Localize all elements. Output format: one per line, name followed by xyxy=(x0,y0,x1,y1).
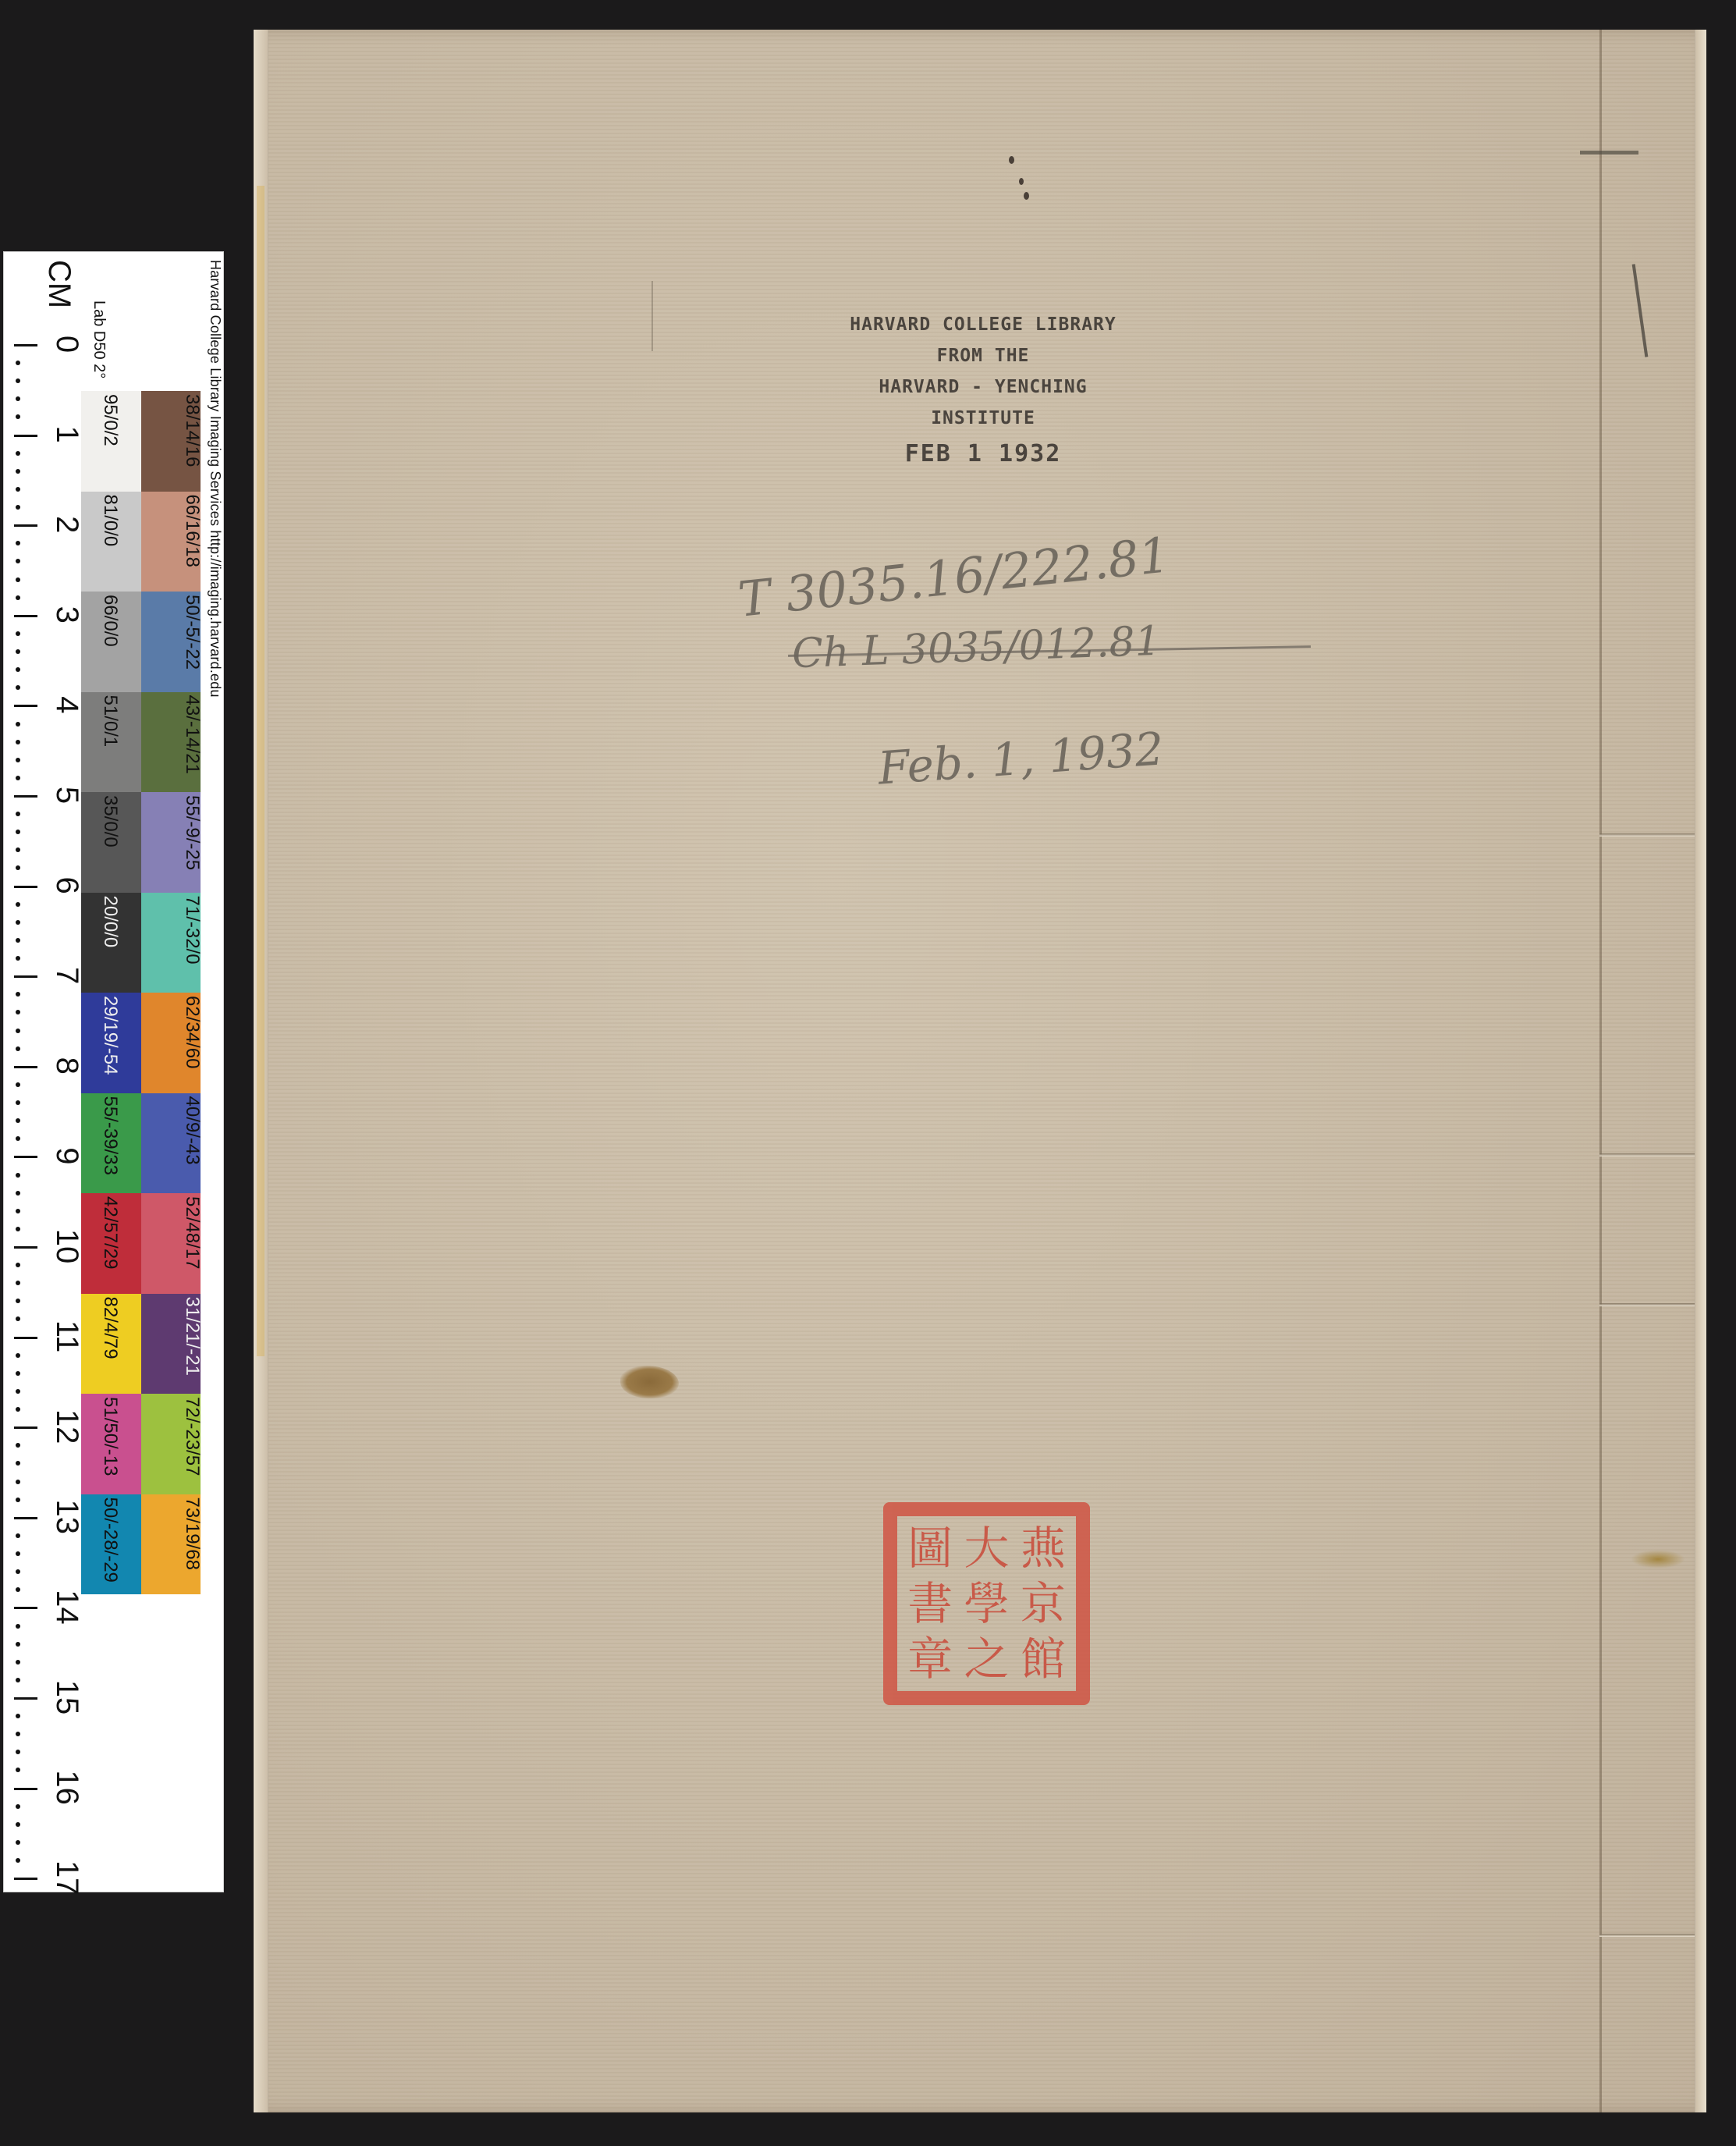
stamp-line: HARVARD - YENCHING xyxy=(780,371,1186,403)
ruler-minor-dot xyxy=(16,1660,20,1665)
pencil-call-number: T 3035.16/222.81 xyxy=(736,526,1173,628)
pencil-mark xyxy=(1632,264,1649,357)
color-patch: 35/0/0 xyxy=(81,792,141,893)
calibration-card-content: 01234567891011121314151617 CM Lab D50 2°… xyxy=(4,252,225,1893)
color-patch: 55/-9/-25 xyxy=(141,792,201,893)
cover-edge-discoloration xyxy=(257,186,264,1356)
patch-lab-value: 66/0/0 xyxy=(100,595,121,647)
ruler-minor-dot xyxy=(16,577,20,582)
color-calibration-card: 01234567891011121314151617 CM Lab D50 2°… xyxy=(3,251,224,1892)
ruler-minor-dot xyxy=(16,396,20,401)
ruler-major-tick xyxy=(14,705,37,707)
ruler-number: 15 xyxy=(49,1674,84,1721)
cover-right-edge xyxy=(1695,30,1706,2112)
patch-lab-value: 55/-9/-25 xyxy=(182,795,203,870)
ruler-minor-dot xyxy=(16,847,20,852)
ruler-minor-dot xyxy=(16,414,20,419)
seal-character: 大 xyxy=(958,1521,1014,1576)
stamp-line: HARVARD COLLEGE LIBRARY xyxy=(780,309,1186,340)
ruler-major-tick xyxy=(14,795,37,798)
ruler-minor-dot xyxy=(16,865,20,870)
patch-lab-value: 43/-14/21 xyxy=(182,695,203,774)
ruler-major-tick xyxy=(14,1337,37,1339)
ruler-minor-dot xyxy=(16,1678,20,1682)
ruler-major-tick xyxy=(14,1607,37,1609)
pencil-mark xyxy=(651,281,653,351)
ruler-minor-dot xyxy=(16,1299,20,1303)
color-patch: 95/0/2 xyxy=(81,391,141,492)
ruler-minor-dot xyxy=(16,505,20,510)
ruler-minor-dot xyxy=(16,776,20,780)
ruler-number: 12 xyxy=(49,1403,84,1450)
color-patch: 51/0/1 xyxy=(81,692,141,793)
patch-lab-value: 71/-32/0 xyxy=(182,896,203,965)
lab-color-space-label: Lab D50 2° xyxy=(90,300,108,378)
color-patch: 66/16/18 xyxy=(141,492,201,592)
ruler-major-tick xyxy=(14,1788,37,1790)
ruler-major-tick xyxy=(14,1878,37,1880)
library-accession-stamp: HARVARD COLLEGE LIBRARY FROM THE HARVARD… xyxy=(780,309,1186,474)
color-patch: 55/-39/33 xyxy=(81,1093,141,1194)
ruler-minor-dot xyxy=(16,740,20,744)
ruler-minor-dot xyxy=(16,1750,20,1754)
ruler-minor-dot xyxy=(16,631,20,636)
color-patch: 81/0/0 xyxy=(81,492,141,592)
ruler-minor-dot xyxy=(16,1010,20,1014)
ruler-minor-dot xyxy=(16,1443,20,1448)
ruler-major-tick xyxy=(14,1156,37,1158)
ruler-minor-dot xyxy=(16,1551,20,1556)
ruler-minor-dot xyxy=(16,1263,20,1267)
ruler-number: 7 xyxy=(49,952,84,999)
ruler-major-tick xyxy=(14,1697,37,1700)
pencil-date: Feb. 1, 1932 xyxy=(876,722,1166,794)
ruler-major-tick xyxy=(14,524,37,527)
color-patch: 82/4/79 xyxy=(81,1294,141,1395)
ruler-minor-dot xyxy=(16,378,20,383)
binding-thread-stitch xyxy=(1599,1934,1706,1937)
ruler-major-tick xyxy=(14,435,37,437)
seal-character: 館 xyxy=(1015,1631,1071,1686)
color-patch: 73/19/68 xyxy=(141,1494,201,1595)
ruler-minor-dot xyxy=(16,1227,20,1231)
ink-speck xyxy=(1024,192,1029,200)
patch-lab-value: 50/-28/-29 xyxy=(100,1498,121,1583)
ruler-minor-dot xyxy=(16,1353,20,1358)
ruler-minor-dot xyxy=(16,685,20,690)
patch-lab-value: 51/0/1 xyxy=(100,695,121,748)
ruler-minor-dot xyxy=(16,1822,20,1827)
color-patch: 52/48/17 xyxy=(141,1193,201,1294)
yenching-library-seal: 燕 大 圖 京 學 書 館 之 章 xyxy=(883,1502,1090,1705)
ruler-number: 9 xyxy=(49,1132,84,1179)
color-patch: 62/34/60 xyxy=(141,993,201,1093)
ruler-number: 14 xyxy=(49,1583,84,1630)
ruler-minor-dot xyxy=(16,1533,20,1538)
stamp-line: INSTITUTE xyxy=(780,403,1186,434)
ruler-number: 2 xyxy=(49,501,84,548)
patch-lab-value: 20/0/0 xyxy=(100,896,121,948)
ruler-minor-dot xyxy=(16,1858,20,1863)
ruler-minor-dot xyxy=(16,1389,20,1394)
ruler-major-tick xyxy=(14,344,37,346)
ruler-minor-dot xyxy=(16,1191,20,1196)
patch-lab-value: 52/48/17 xyxy=(182,1196,203,1269)
patch-lab-value: 82/4/79 xyxy=(100,1297,121,1359)
ruler-number: 8 xyxy=(49,1043,84,1089)
ruler-minor-dot xyxy=(16,1173,20,1178)
ruler-minor-dot xyxy=(16,1569,20,1574)
ink-speck xyxy=(1009,156,1014,164)
ruler-major-tick xyxy=(14,1427,37,1429)
binding-thread-vertical xyxy=(1599,30,1602,2112)
seal-character: 學 xyxy=(958,1576,1014,1632)
ruler-minor-dot xyxy=(16,469,20,474)
ruler-minor-dot xyxy=(16,649,20,654)
ruler-number: 17 xyxy=(49,1854,84,1901)
patch-lab-value: 62/34/60 xyxy=(182,996,203,1068)
seal-character: 京 xyxy=(1015,1576,1071,1632)
ruler-minor-dot xyxy=(16,1587,20,1592)
color-patch: 29/19/-54 xyxy=(81,993,141,1093)
seal-character: 書 xyxy=(902,1576,958,1632)
ruler-number: 11 xyxy=(49,1313,84,1360)
stamp-line: FROM THE xyxy=(780,340,1186,371)
ruler-minor-dot xyxy=(16,1642,20,1647)
patch-lab-value: 35/0/0 xyxy=(100,795,121,847)
color-patch: 40/9/-43 xyxy=(141,1093,201,1194)
patch-lab-value: 31/21/-21 xyxy=(182,1297,203,1376)
seal-character: 之 xyxy=(958,1631,1014,1686)
ruler-minor-dot xyxy=(16,956,20,961)
ruler-number: 5 xyxy=(49,772,84,819)
ruler-minor-dot xyxy=(16,992,20,997)
ruler-number: 10 xyxy=(49,1223,84,1270)
ruler-minor-dot xyxy=(16,451,20,456)
patch-lab-value: 81/0/0 xyxy=(100,495,121,547)
yellow-stain xyxy=(1631,1550,1685,1569)
seal-character: 燕 xyxy=(1015,1521,1071,1576)
ruler-minor-dot xyxy=(16,361,20,365)
color-patch: 38/14/16 xyxy=(141,391,201,492)
ruler-minor-dot xyxy=(16,487,20,492)
ruler-minor-dot xyxy=(16,667,20,672)
seal-character: 圖 xyxy=(902,1521,958,1576)
patch-lab-value: 51/50/-13 xyxy=(100,1397,121,1476)
color-patch: 43/-14/21 xyxy=(141,692,201,793)
patch-lab-value: 50/-5/-22 xyxy=(182,595,203,670)
binding-thread-stitch xyxy=(1599,1303,1706,1306)
book-cover: HARVARD COLLEGE LIBRARY FROM THE HARVARD… xyxy=(254,30,1706,2112)
binding-thread-stitch xyxy=(1599,1153,1706,1156)
color-patch: 31/21/-21 xyxy=(141,1294,201,1395)
patch-lab-value: 38/14/16 xyxy=(182,394,203,467)
ruler-major-tick xyxy=(14,1066,37,1068)
ruler-minor-dot xyxy=(16,1118,20,1123)
ruler-minor-dot xyxy=(16,758,20,762)
ruler-minor-dot xyxy=(16,1371,20,1376)
ruler-minor-dot xyxy=(16,1732,20,1736)
patch-lab-value: 40/9/-43 xyxy=(182,1096,203,1165)
ruler-minor-dot xyxy=(16,812,20,816)
ink-speck xyxy=(1019,178,1024,185)
ruler-major-tick xyxy=(14,1517,37,1519)
ruler-minor-dot xyxy=(16,1407,20,1412)
patch-lab-value: 29/19/-54 xyxy=(100,996,121,1075)
binding-thread-stitch xyxy=(1599,833,1706,837)
pencil-old-call-number: Ch L 3035/012.81 xyxy=(791,618,1161,677)
ruler-minor-dot xyxy=(16,1316,20,1321)
color-patch: 20/0/0 xyxy=(81,893,141,993)
ruler-minor-dot xyxy=(16,1046,20,1051)
color-patch: 66/0/0 xyxy=(81,592,141,692)
ruler-minor-dot xyxy=(16,830,20,834)
ruler-major-tick xyxy=(14,886,37,888)
patch-lab-value: 73/19/68 xyxy=(182,1498,203,1570)
ruler-major-tick xyxy=(14,1246,37,1249)
color-patch: 71/-32/0 xyxy=(141,893,201,993)
patch-lab-value: 66/16/18 xyxy=(182,495,203,567)
ruler-minor-dot xyxy=(16,1804,20,1809)
stamp-date: FEB 1 1932 xyxy=(780,434,1186,474)
color-patch: 51/50/-13 xyxy=(81,1394,141,1494)
ruler-major-tick xyxy=(14,975,37,978)
ruler-number: 0 xyxy=(49,321,84,368)
ruler-minor-dot xyxy=(16,1498,20,1502)
ruler-minor-dot xyxy=(16,1281,20,1285)
ruler-number: 6 xyxy=(49,862,84,909)
color-patch: 50/-5/-22 xyxy=(141,592,201,692)
patch-lab-value: 42/57/29 xyxy=(100,1196,121,1269)
ruler-number: 13 xyxy=(49,1494,84,1540)
ruler-minor-dot xyxy=(16,1768,20,1772)
ruler-minor-dot xyxy=(16,938,20,943)
ruler-number: 4 xyxy=(49,681,84,728)
ruler-minor-dot xyxy=(16,1624,20,1629)
ruler-minor-dot xyxy=(16,1714,20,1718)
ruler-minor-dot xyxy=(16,1209,20,1213)
ruler-number: 1 xyxy=(49,411,84,458)
ruler-major-tick xyxy=(14,615,37,617)
patch-lab-value: 95/0/2 xyxy=(100,394,121,446)
seal-character: 章 xyxy=(902,1631,958,1686)
ruler-minor-dot xyxy=(16,1029,20,1033)
ruler-number: 16 xyxy=(49,1764,84,1811)
ruler-minor-dot xyxy=(16,541,20,545)
ruler-number: 3 xyxy=(49,592,84,638)
color-patch: 72/-23/57 xyxy=(141,1394,201,1494)
ruler-minor-dot xyxy=(16,902,20,907)
patch-lab-value: 55/-39/33 xyxy=(100,1096,121,1175)
ruler-minor-dot xyxy=(16,595,20,600)
ruler-unit-label: CM xyxy=(41,260,76,308)
ruler-minor-dot xyxy=(16,1480,20,1484)
ruler-minor-dot xyxy=(16,1461,20,1466)
ruler-minor-dot xyxy=(16,1082,20,1087)
patch-lab-value: 72/-23/57 xyxy=(182,1397,203,1476)
pencil-mark xyxy=(1580,151,1638,155)
ruler-minor-dot xyxy=(16,1136,20,1141)
color-patch: 42/57/29 xyxy=(81,1193,141,1294)
ruler-minor-dot xyxy=(16,920,20,925)
ruler-minor-dot xyxy=(16,1840,20,1845)
color-patch: 50/-28/-29 xyxy=(81,1494,141,1595)
brown-stain xyxy=(620,1366,679,1398)
ruler-minor-dot xyxy=(16,1100,20,1105)
ruler-minor-dot xyxy=(16,559,20,563)
imaging-services-credit: Harvard College Library Imaging Services… xyxy=(207,260,223,698)
ruler-minor-dot xyxy=(16,722,20,727)
